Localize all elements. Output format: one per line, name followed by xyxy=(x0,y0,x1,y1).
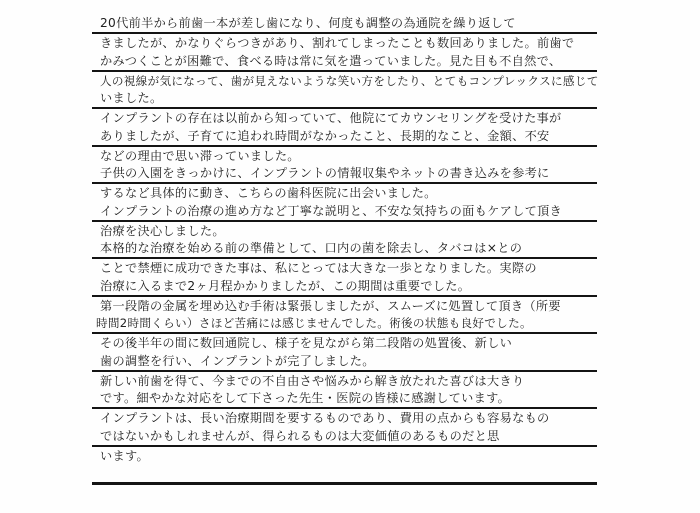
text-line: います。 xyxy=(100,447,600,465)
text-line: するなど具体的に動き、こちらの歯科医院に出会いました。 xyxy=(100,184,600,202)
text-line: 時間2時間くらい）さほど苦痛には感じませんでした。術後の状態も良好でした。 xyxy=(96,314,596,332)
text-line: などの理由で思い滞っていました。 xyxy=(100,147,600,165)
text-line: 歯の調整を行い、インプラントが完了しました。 xyxy=(100,352,600,370)
text-line: インプラントは、長い治療期間を要するものであり、費用の点からも容易なもの xyxy=(100,409,600,427)
text-line: 20代前半から前歯一本が差し歯になり、何度も調整の為通院を繰り返して xyxy=(100,14,600,32)
text-line: 人の視線が気になって、歯が見えないような笑い方をしたり、とてもコンプレックスに感… xyxy=(100,72,600,90)
text-line: 新しい前歯を得て、今までの不自由さや悩みから解き放たれた喜びは大きり xyxy=(100,372,600,390)
text-line: 治療を決心しました。 xyxy=(100,222,600,240)
text-line: いました。 xyxy=(100,89,600,107)
text-line: インプラントの存在は以前から知っていて、他院にてカウンセリングを受けた事が xyxy=(100,109,600,127)
text-line: 治療に入るまで2ヶ月程かかりましたが、この期間は重要でした。 xyxy=(100,277,600,295)
text-line: 本格的な治療を始める前の準備として、口内の菌を除去し、タバコは×との xyxy=(100,239,600,257)
text-line: インプラントの治療の進め方など丁寧な説明と、不安な気持ちの面もケアして頂き xyxy=(100,202,600,220)
text-line: ではないかもしれませんが、得られるものは大変価値のあるものだと思 xyxy=(100,427,600,445)
text-line: 第一段階の金属を埋め込む手術は緊張しましたが、スムーズに処置して頂き（所要 xyxy=(100,297,600,315)
text-line: です。細やかな対応をして下さった先生・医院の皆様に感謝しています。 xyxy=(100,389,600,407)
text-line: かみつくことが困難で、食べる時は常に気を遣っていました。見た目も不自然で、 xyxy=(100,52,600,70)
text-line: 子供の入園をきっかけに、インプラントの情報収集やネットの書き込みを参考に xyxy=(100,164,600,182)
text-line: ことで禁煙に成功できた事は、私にとっては大きな一歩となりました。実際の xyxy=(100,259,600,277)
text-line: きましたが、かなりぐらつきがあり、割れてしまったことも数回ありました。前歯で xyxy=(100,34,600,52)
handwritten-testimonial-sheet: 20代前半から前歯一本が差し歯になり、何度も調整の為通院を繰り返して きましたが… xyxy=(0,0,700,513)
text-line: その後半年の間に数回通院し、様子を見ながら第二段階の処置後、新しい xyxy=(100,334,600,352)
text-line: ありましたが、子育てに追われ時間がなかったこと、長期的なこと、金額、不安 xyxy=(100,127,600,145)
ruled-line xyxy=(92,482,597,485)
